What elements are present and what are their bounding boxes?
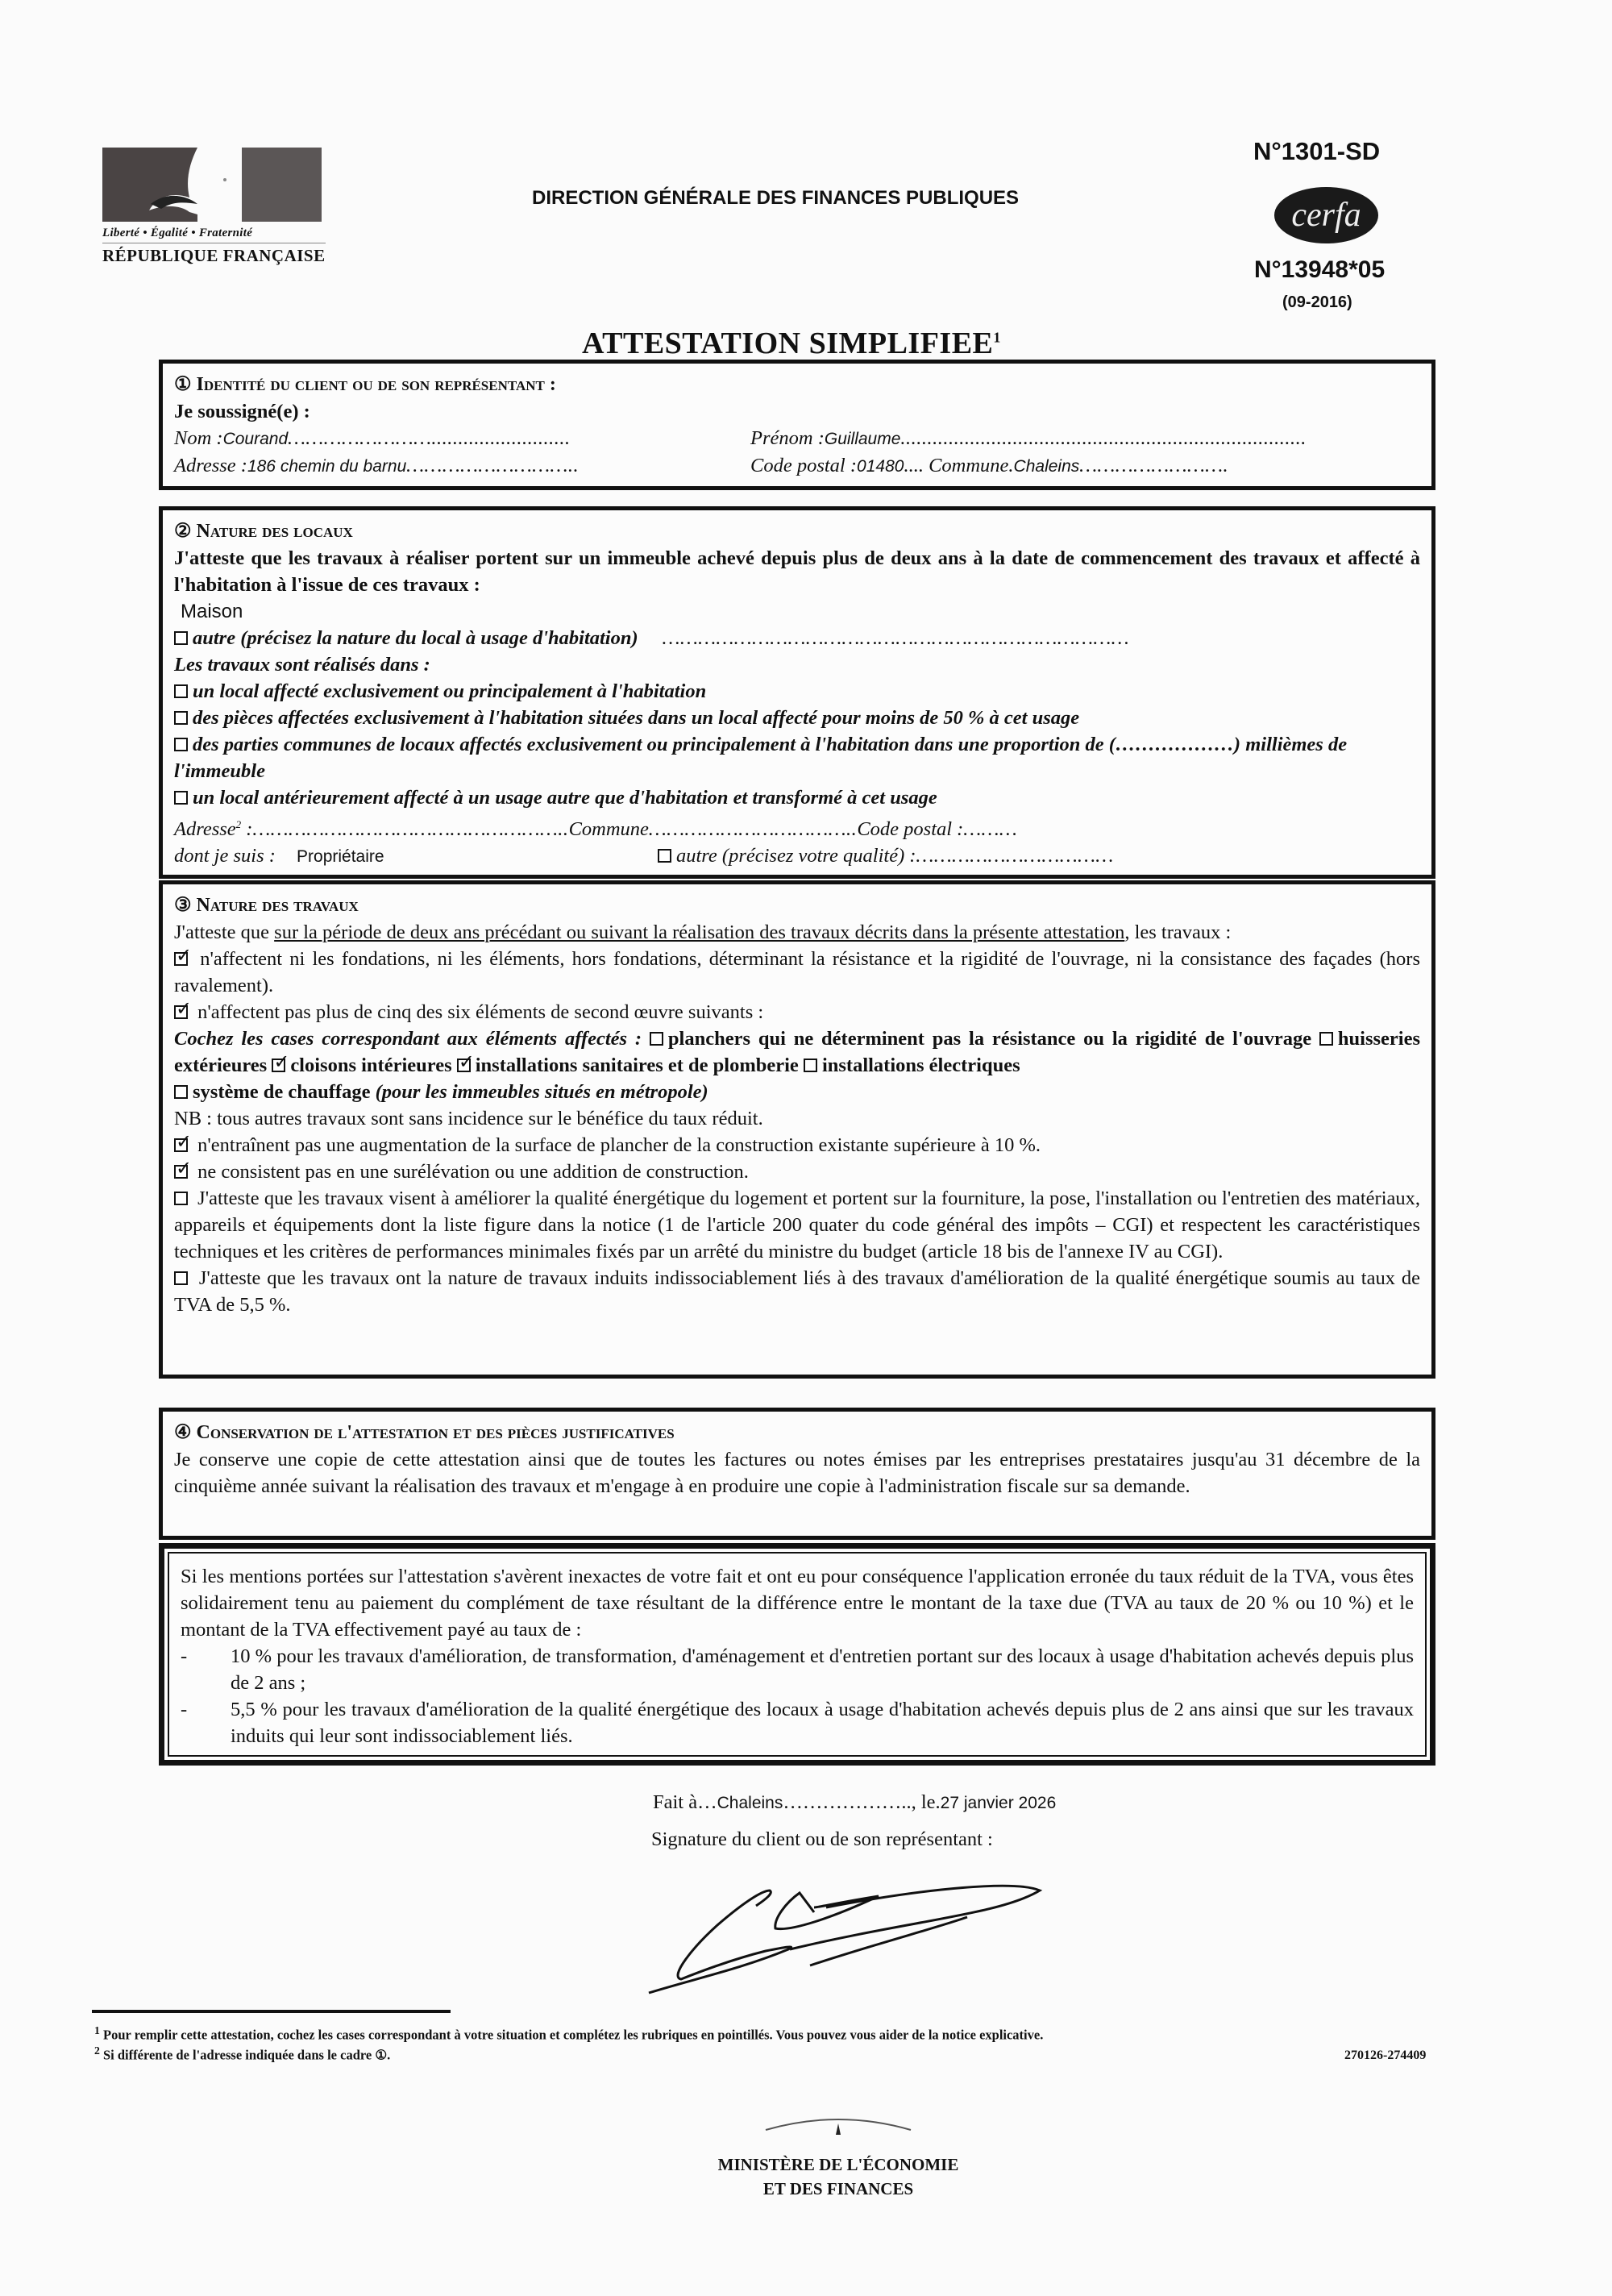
footnote-1: 1 Pour remplir cette attestation, cochez… [94,2024,1043,2044]
fait-a-line: Fait à…Chaleins……………….., le.27 janvier 2… [653,1791,1056,1814]
footnote-divider [92,2010,451,2013]
cerfa-number: N°13948*05 [1254,256,1385,284]
commune-field[interactable]: Chaleins [1014,457,1080,476]
checkbox-surelevation[interactable] [174,1165,188,1179]
prenom-field[interactable]: Guillaume [825,430,901,448]
section-conservation: ④ Conservation de l'attestation et des p… [159,1408,1435,1540]
signature-drawing[interactable] [645,1870,1209,2007]
intro-text: Je soussigné(e) : [174,398,1420,425]
checkbox-autre-qualite[interactable] [658,849,671,863]
intro-text: J'atteste que sur la période de deux ans… [174,919,1420,946]
checkbox-sanitaires[interactable] [457,1059,471,1072]
date-field[interactable]: 27 janvier 2026 [941,1794,1057,1812]
agency-name: DIRECTION GÉNÉRALE DES FINANCES PUBLIQUE… [532,187,1019,210]
intro-text: J'atteste que les travaux à réaliser por… [174,545,1420,598]
document-reference: 270126-274409 [1344,2049,1426,2063]
republic-name: RÉPUBLIQUE FRANÇAISE [102,246,326,266]
warning-bullet: 5,5 % pour les travaux d'amélioration de… [231,1696,1414,1749]
adresse-field[interactable]: 186 chemin du barnu [247,457,406,476]
section-nature-locaux: ② Nature des locaux J'atteste que les tr… [159,506,1435,879]
warning-box: Si les mentions portées sur l'attestatio… [159,1543,1435,1766]
checkbox-travaux-induits[interactable] [174,1271,188,1285]
checkbox-cloisons[interactable] [272,1059,285,1072]
checkbox-fondations[interactable] [174,952,188,966]
checkbox-autre-local[interactable] [174,631,188,645]
checkbox-local-habitation[interactable] [174,684,188,698]
footnote-2: 2 Si différente de l'adresse indiquée da… [94,2044,390,2064]
conservation-text: Je conserve une copie de cette attestati… [174,1446,1420,1499]
page-title: ATTESTATION SIMPLIFIEE1 [582,326,1001,361]
warning-text: Si les mentions portées sur l'attestatio… [181,1563,1414,1643]
qualite-field[interactable]: Propriétaire [297,847,384,866]
checkbox-electriques[interactable] [804,1059,817,1072]
checkbox-surface-plancher[interactable] [174,1138,188,1152]
cerfa-date: (09-2016) [1282,293,1352,312]
checkbox-second-oeuvre[interactable] [174,1005,188,1019]
nb-note: NB : tous autres travaux sont sans incid… [174,1105,1420,1132]
nom-field[interactable]: Courand [223,430,289,448]
checkbox-pieces-habitation[interactable] [174,711,188,725]
commune-2-field[interactable]: …………………………….. [649,818,857,840]
fait-a-field[interactable]: Chaleins [717,1794,783,1812]
checkbox-qualite-energetique[interactable] [174,1192,188,1205]
ministry-name: MINISTÈRE DE L'ÉCONOMIE ET DES FINANCES [709,2152,967,2201]
section-heading: ① Identité du client ou de son représent… [174,372,1420,398]
section-heading: ④ Conservation de l'attestation et des p… [174,1420,1420,1446]
checkbox-local-transforme[interactable] [174,791,188,805]
section-heading: ③ Nature des travaux [174,892,1420,919]
republic-motto: Liberté • Égalité • Fraternité [102,227,326,240]
ministry-emblem-icon [762,2112,915,2136]
autre-qualite-field[interactable]: …………………………… [916,845,1114,867]
checkbox-chauffage[interactable] [174,1085,188,1099]
republique-francaise-logo: Liberté • Égalité • Fraternité RÉPUBLIQU… [102,148,326,266]
cerfa-logo: cerfa [1274,187,1378,243]
warning-bullet: 10 % pour les travaux d'amélioration, de… [231,1643,1414,1696]
adresse-2-field[interactable]: …………………………………………….. [252,818,568,840]
checkbox-huisseries[interactable] [1319,1032,1333,1046]
checkbox-planchers[interactable] [650,1032,663,1046]
form-number: N°1301-SD [1253,137,1380,166]
signature-label: Signature du client ou de son représenta… [651,1828,993,1851]
code-postal-field[interactable]: 01480 [857,457,904,476]
section-nature-travaux: ③ Nature des travaux J'atteste que sur l… [159,880,1435,1379]
checkbox-parties-communes[interactable] [174,738,188,751]
marianne-icon [102,148,322,222]
section-identity: ① Identité du client ou de son représent… [159,360,1435,490]
code-postal-2-field[interactable]: ……… [963,818,1017,840]
local-type-field[interactable]: Maison [174,598,1420,625]
section-heading: ② Nature des locaux [174,518,1420,545]
